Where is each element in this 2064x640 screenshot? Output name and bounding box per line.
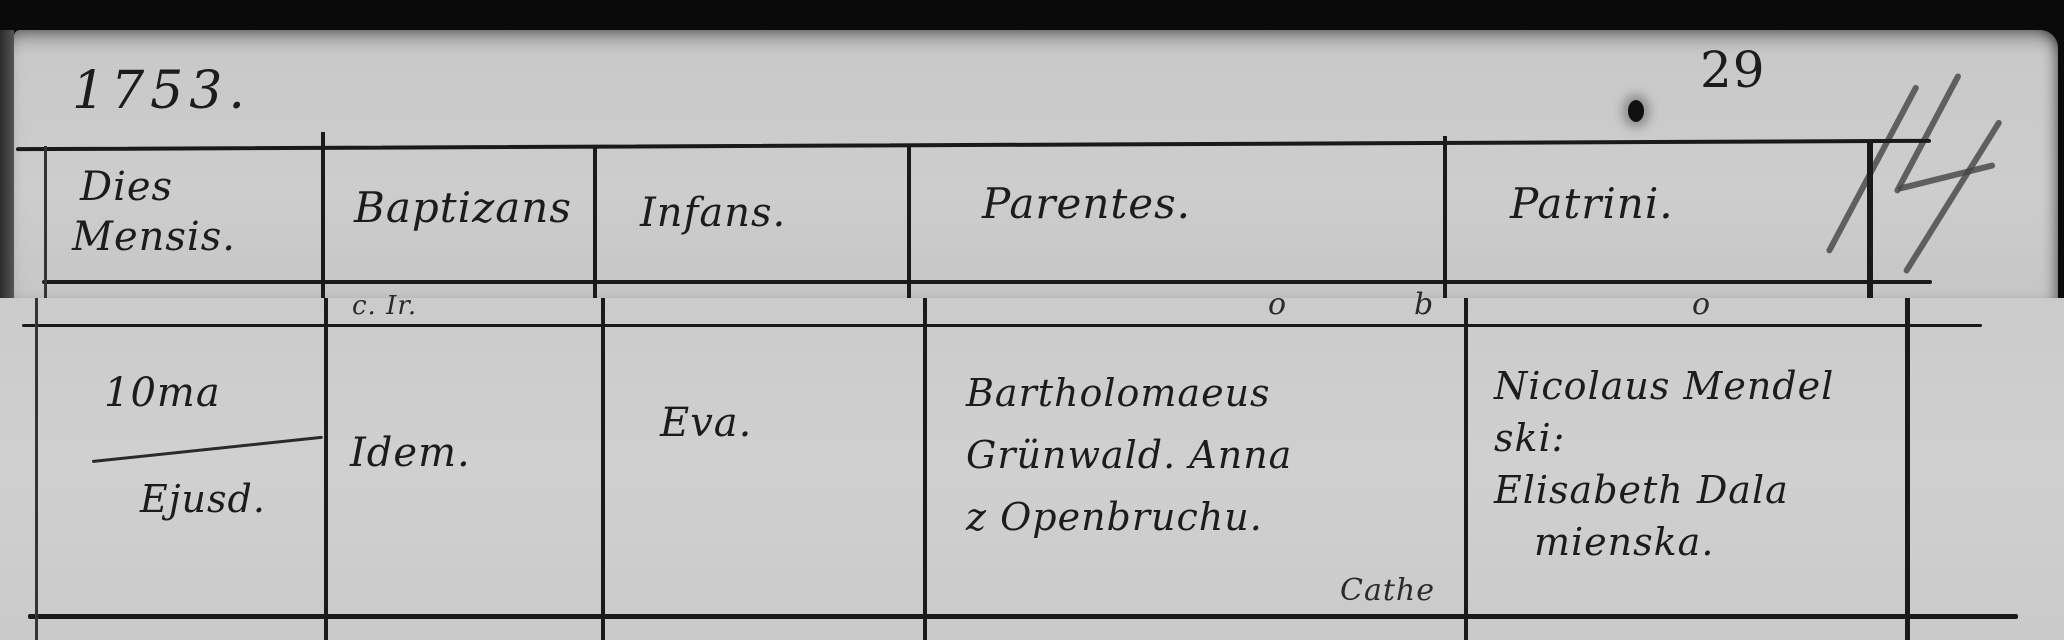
header-patrini: Patrini. bbox=[1510, 180, 1674, 228]
header-col-line-1 bbox=[321, 132, 325, 298]
entry-col-line-0 bbox=[35, 298, 38, 640]
register-year: 1753. bbox=[72, 62, 251, 122]
header-dies-mensis: Dies Mensis. bbox=[80, 162, 236, 262]
parentes-line-3: z Openbruchu. bbox=[966, 486, 1292, 548]
parentes-line-2: Grünwald. Anna bbox=[966, 424, 1292, 486]
entry-patrini: Nicolaus Mendel ski: Elisabeth Dala mien… bbox=[1494, 360, 1834, 568]
header-baptizans: Baptizans bbox=[354, 184, 572, 232]
entry-col-line-5 bbox=[1905, 298, 1910, 640]
entry-dies-mensis-month: Ejusd. bbox=[140, 478, 266, 522]
header-col-line-0 bbox=[44, 146, 47, 298]
parentes-carryover-2: b bbox=[1414, 288, 1434, 323]
header-parentes: Parentes. bbox=[982, 180, 1191, 228]
patrini-line-2: ski: bbox=[1494, 412, 1834, 464]
header-col-line-2 bbox=[593, 146, 597, 298]
scan-left-edge bbox=[0, 30, 14, 298]
header-dies-line: Dies bbox=[80, 162, 236, 212]
page-number: 29 bbox=[1700, 42, 1766, 100]
header-infans: Infans. bbox=[640, 190, 786, 236]
header-col-line-5 bbox=[1867, 142, 1873, 298]
patrini-carryover: o bbox=[1692, 288, 1711, 323]
parentes-line-1: Bartholomaeus bbox=[966, 362, 1292, 424]
entry-dies-mensis-day: 10ma bbox=[104, 370, 221, 416]
entry-baptizans: Idem. bbox=[350, 430, 471, 476]
header-mensis-line: Mensis. bbox=[72, 212, 236, 262]
entry-top-rule bbox=[22, 324, 1982, 327]
header-bottom-rule bbox=[42, 280, 1932, 284]
entry-col-line-4 bbox=[1464, 298, 1468, 640]
entry-infans: Eva. bbox=[660, 400, 752, 446]
entry-col-line-3 bbox=[923, 298, 927, 640]
patrini-line-4: mienska. bbox=[1534, 516, 1834, 568]
entry-col-line-1 bbox=[324, 298, 328, 640]
entry-parentes: Bartholomaeus Grünwald. Anna z Openbruch… bbox=[966, 362, 1292, 548]
header-col-line-4 bbox=[1443, 136, 1447, 298]
parentes-carryover-1: o bbox=[1268, 288, 1287, 323]
parentes-annotation: Cathe bbox=[1340, 574, 1435, 609]
entry-col-line-2 bbox=[601, 298, 605, 640]
patrini-line-3: Elisabeth Dala bbox=[1494, 464, 1834, 516]
patrini-line-1: Nicolaus Mendel bbox=[1494, 360, 1834, 412]
header-col-line-3 bbox=[907, 146, 911, 298]
baptizans-carryover: c. Ir. bbox=[352, 292, 417, 322]
ink-blot bbox=[1628, 100, 1644, 122]
